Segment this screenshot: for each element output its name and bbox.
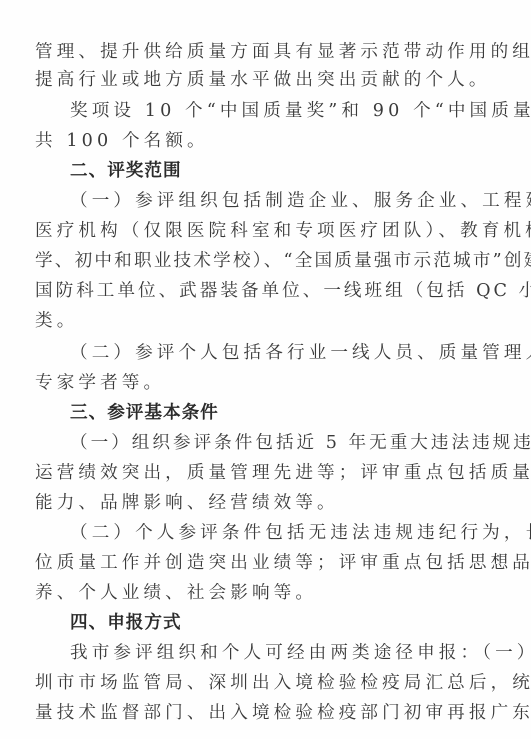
section-heading: 三、参评基本条件: [70, 398, 483, 428]
paragraph-line: （二）参评个人包括各行业一线人员、质量管理人员、质量: [70, 338, 483, 368]
paragraph-line: （二）个人参评条件包括无违法违规违纪行为，长期从事岗: [70, 518, 483, 548]
paragraph-line: （一）组织参评条件包括近 5 年无重大违法违规违纪行为，: [70, 428, 483, 458]
paragraph-line: 奖项设 10 个“中国质量奖”和 90 个“中国质量奖提名奖”: [70, 96, 483, 126]
section-heading: 二、评奖范围: [70, 156, 483, 186]
paragraph-line: 能力、品牌影响、经营绩效等。: [35, 488, 483, 518]
paragraph-line: 专家学者等。: [35, 368, 483, 398]
paragraph-line: 圳市市场监管局、深圳出入境检验检疫局汇总后，统一报省级质: [35, 668, 483, 698]
paragraph-line: （一）参评组织包括制造企业、服务企业、工程建设企业、: [70, 186, 483, 216]
paragraph-line: 我市参评组织和个人可经由两类途径申报：（一）提交至深: [70, 638, 483, 668]
paragraph-line: 管理、提升供给质量方面具有显著示范带动作用的组织，以及为: [35, 37, 483, 67]
paragraph-line: 共 100 个名额。: [35, 126, 483, 156]
paragraph-line: 养、个人业绩、社会影响等。: [35, 578, 483, 608]
paragraph-line: 类。: [35, 306, 483, 336]
paragraph-line: 位质量工作并创造突出业绩等；评审重点包括思想品质、技能素: [35, 548, 483, 578]
paragraph-line: 运营绩效突出，质量管理先进等；评审重点包括质量水平、创新: [35, 458, 483, 488]
paragraph-line: 提高行业或地方质量水平做出突出贡献的个人。: [35, 65, 483, 95]
paragraph-line: 医疗机构（仅限医院科室和专项医疗团队）、教育机构（仅限小: [35, 216, 483, 246]
document-page: 管理、提升供给质量方面具有显著示范带动作用的组织，以及为 提高行业或地方质量水平…: [0, 0, 531, 739]
paragraph-line: 学、初中和职业技术学校）、“全国质量强市示范城市”创建政府、: [35, 246, 483, 276]
paragraph-line: 国防科工单位、武器装备单位、一线班组（包括 QC 小组）等 9: [35, 276, 483, 306]
paragraph-line: 量技术监督部门、出入境检验检疫部门初审再报广东省质量强省: [35, 698, 483, 728]
section-heading: 四、申报方式: [70, 608, 483, 638]
